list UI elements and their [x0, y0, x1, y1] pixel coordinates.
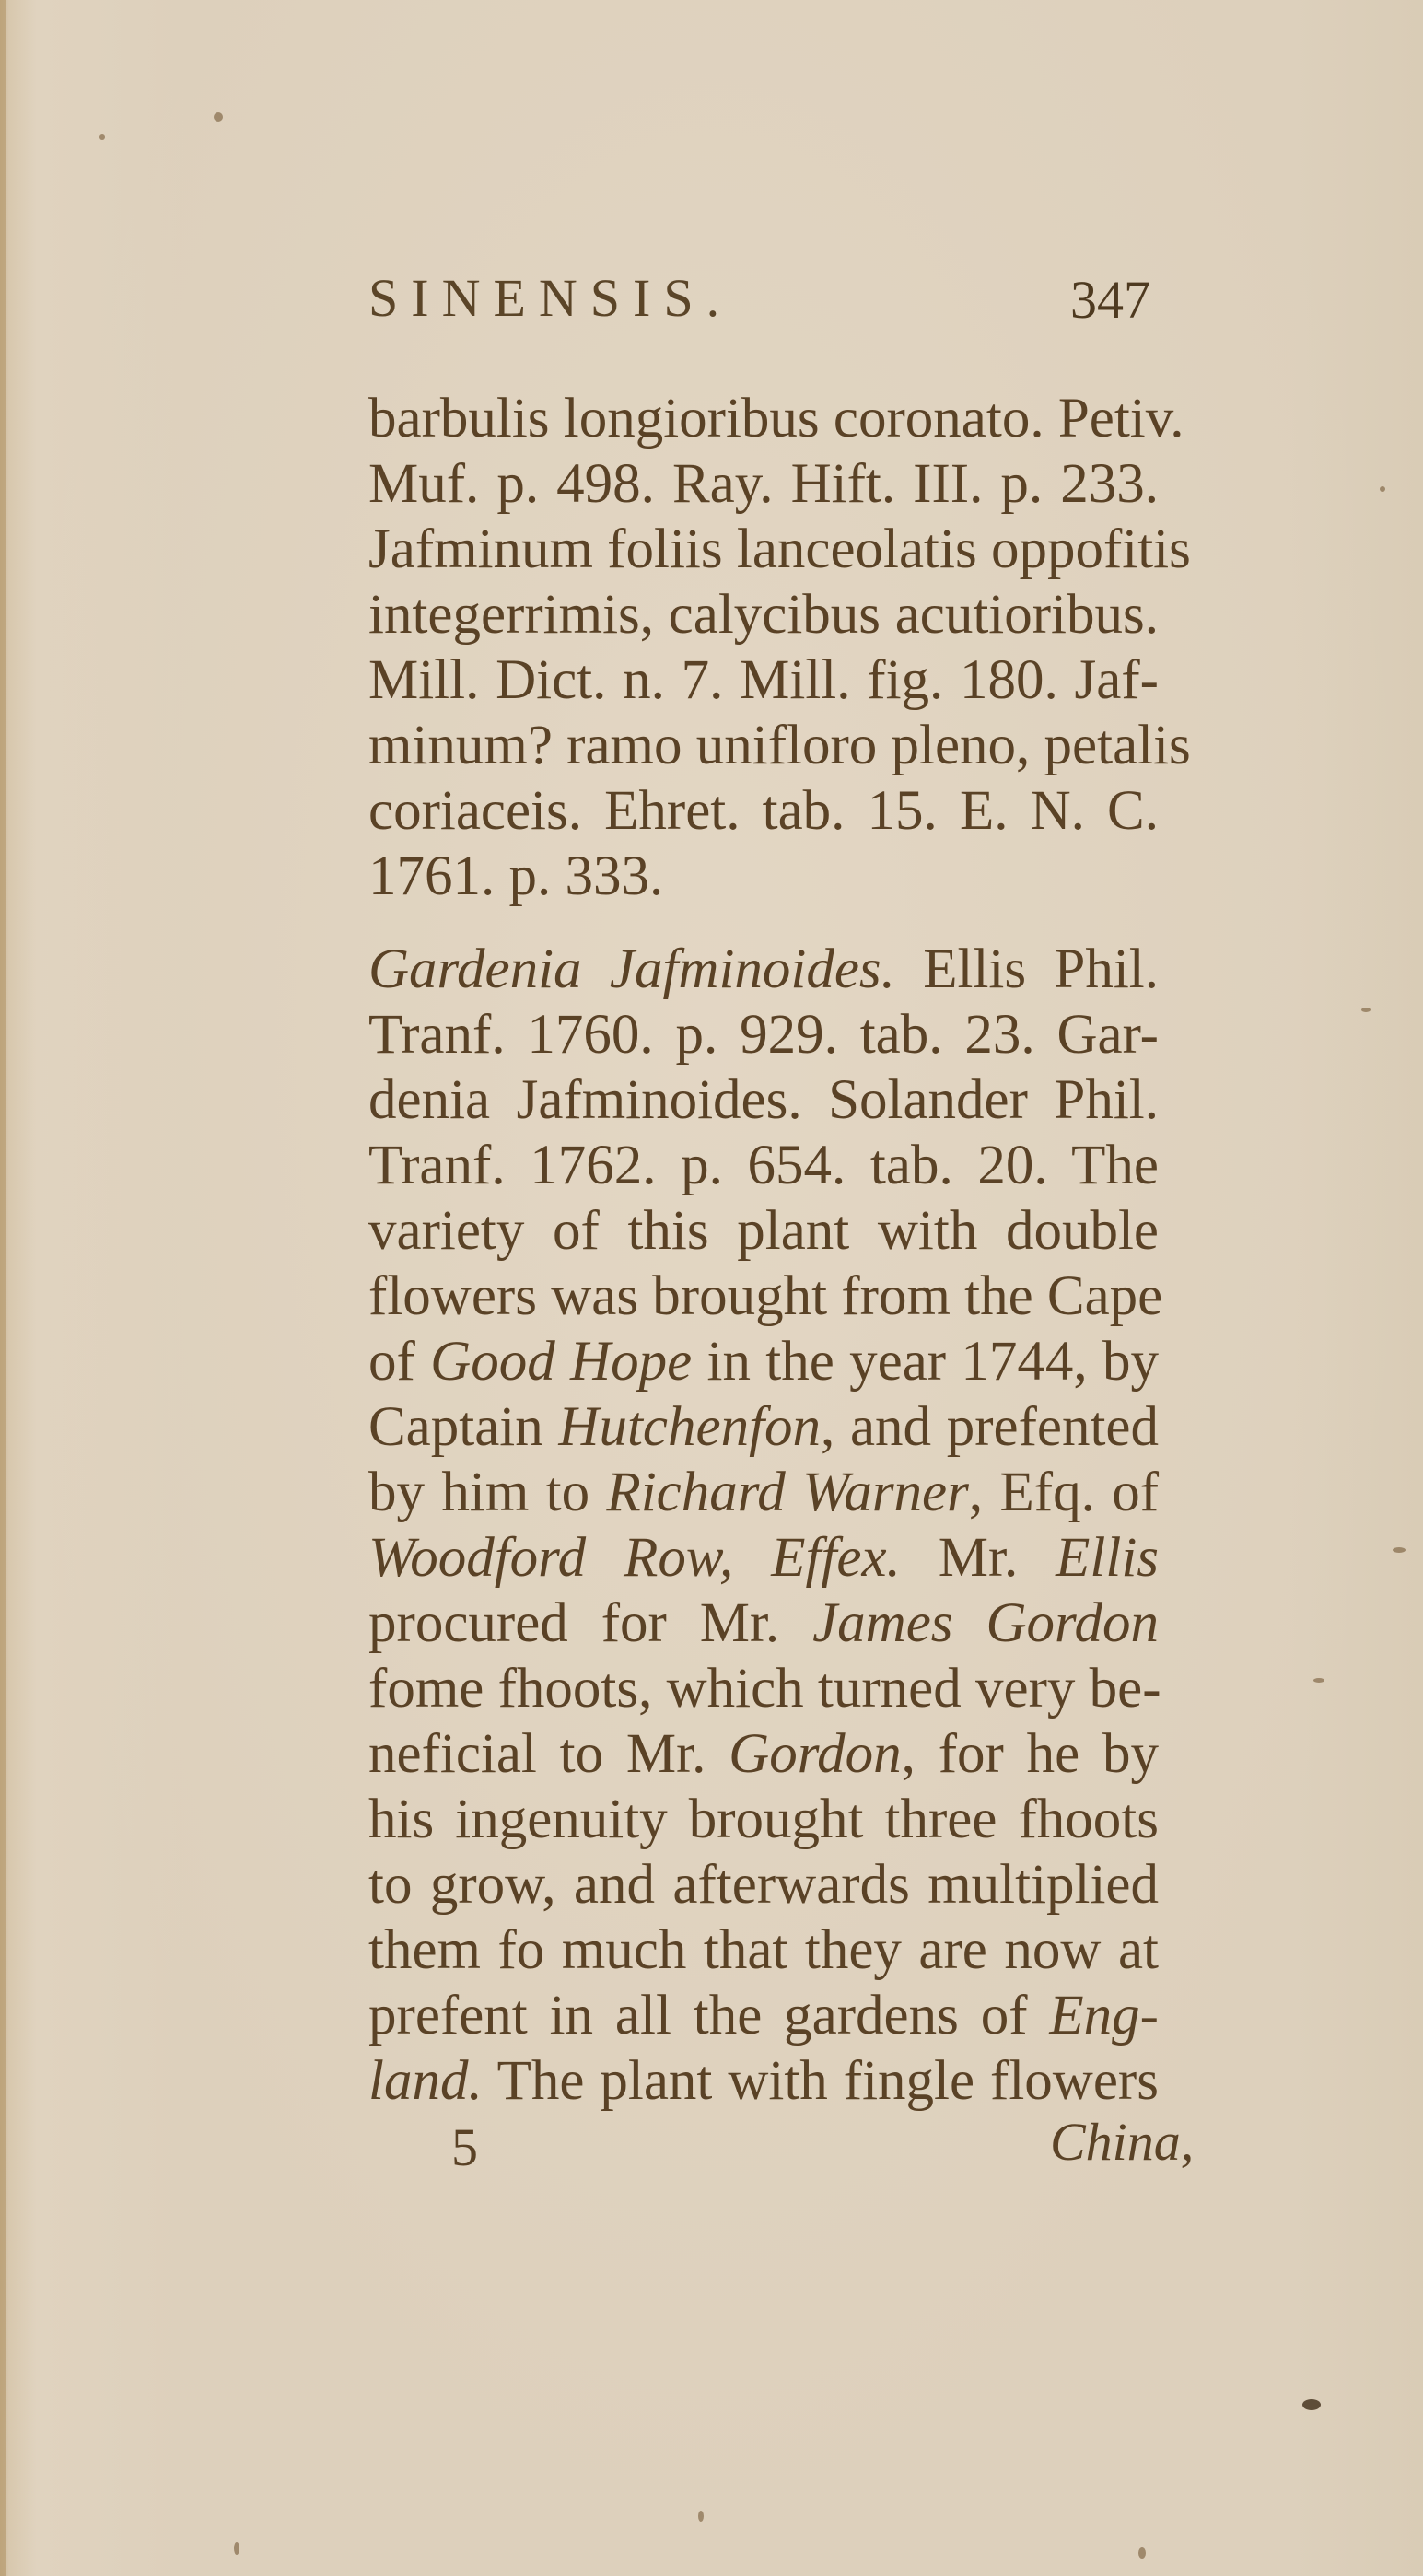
italic-name: Gardenia Jafminoides. — [368, 938, 895, 1000]
text-line: fome fhoots, which turned very be- — [368, 1657, 1159, 1721]
book-page: SINENSIS. 347 barbulis longioribus coron… — [0, 0, 1423, 2576]
italic-place: Eng- — [1049, 1985, 1159, 2046]
foxing-speck — [99, 134, 105, 140]
page-number: 347 — [1070, 269, 1150, 331]
foxing-speck — [214, 112, 223, 122]
foxing-speck — [1380, 486, 1385, 492]
text-line: denia Jafminoides. Solander Phil. — [368, 1068, 1159, 1133]
text-line: land. The plant with fingle flowers — [368, 2049, 1159, 2114]
text-line: Tranf. 1762. p. 654. tab. 20. The — [368, 1134, 1159, 1198]
text-line: to grow, and afterwards multiplied — [368, 1853, 1159, 1917]
foxing-speck — [1302, 2399, 1321, 2410]
text-line: prefent in all the gardens of Eng- — [368, 1984, 1159, 2048]
foxing-speck — [234, 2542, 239, 2555]
italic-person: Richard Warner — [606, 1462, 968, 1523]
text-line: variety of this plant with double — [368, 1199, 1159, 1264]
text-line: Mill. Dict. n. 7. Mill. fig. 180. Jaf- — [368, 648, 1159, 713]
text-line: Gardenia Jafminoides. Ellis Phil. — [368, 938, 1159, 1002]
text-line: neficial to Mr. Gordon, for he by — [368, 1722, 1159, 1787]
catchword: China, — [1050, 2111, 1194, 2173]
text-line: them fo much that they are now at — [368, 1918, 1159, 1983]
running-head: SINENSIS. — [368, 267, 732, 329]
foxing-speck — [698, 2511, 704, 2522]
text-line: Captain Hutchenfon, and prefented — [368, 1395, 1159, 1460]
italic-place: Good Hope — [430, 1331, 692, 1393]
italic-place: Woodford Row, Effex. — [368, 1527, 901, 1589]
text-line: minum? ramo unifloro pleno, petalis — [368, 714, 1159, 778]
signature-mark: 5 — [451, 2116, 478, 2178]
text-line: by him to Richard Warner, Efq. of — [368, 1461, 1159, 1525]
text-line: Jafminum foliis lanceolatis oppofitis — [368, 518, 1159, 582]
text-line: procured for Mr. James Gordon — [368, 1591, 1159, 1656]
italic-person: Gordon — [729, 1723, 902, 1785]
text-line: coriaceis. Ehret. tab. 15. E. N. C. — [368, 779, 1159, 844]
text-line: Woodford Row, Effex. Mr. Ellis — [368, 1526, 1159, 1591]
text-line: flowers was brought from the Cape — [368, 1265, 1159, 1329]
text-line: Tranf. 1760. p. 929. tab. 23. Gar- — [368, 1003, 1159, 1067]
italic-place: land. — [368, 2050, 483, 2112]
text-line: 1761. p. 333. — [368, 845, 1159, 909]
foxing-speck — [1393, 1547, 1406, 1553]
text-line: Muf. p. 498. Ray. Hift. III. p. 233. — [368, 452, 1159, 517]
italic-person: Ellis — [1056, 1527, 1159, 1589]
foxing-speck — [1361, 1008, 1371, 1012]
text-line: his ingenuity brought three fhoots — [368, 1788, 1159, 1852]
text-line: integerrimis, calycibus acutioribus. — [368, 583, 1159, 647]
text-line: barbulis longioribus coronato. Petiv. — [368, 387, 1159, 451]
foxing-speck — [1138, 2547, 1146, 2559]
foxing-speck — [1313, 1678, 1324, 1683]
italic-person: James Gordon — [812, 1592, 1159, 1654]
italic-person: Hutchenfon — [558, 1396, 821, 1458]
text-line: of Good Hope in the year 1744, by — [368, 1330, 1159, 1394]
page-gutter-edge — [0, 0, 6, 2576]
